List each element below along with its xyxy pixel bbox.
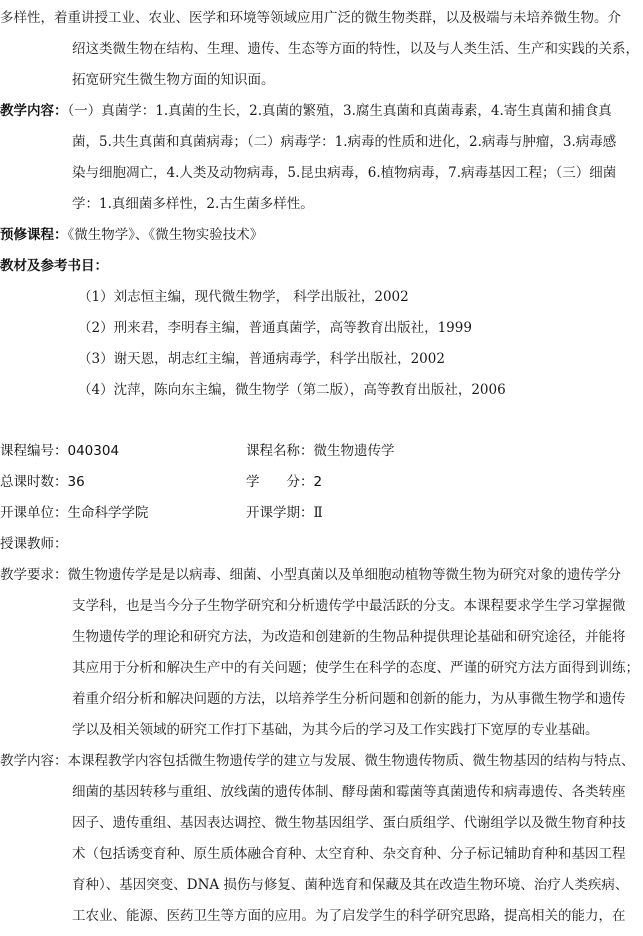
requirement-line-2: 支学科，也是当今分子生物学研究和分析遗传学中最活跃的分支。本课程要求学生学习掌握… xyxy=(72,596,626,616)
content-line-4: 学：1.真细菌多样性，2.古生菌多样性。 xyxy=(72,194,314,214)
intro-line-3: 拓宽研究生微生物方面的知识面。 xyxy=(72,70,275,90)
content-line-1: 教学内容：（一）真菌学：1.真菌的生长，2.真菌的繁殖，3.腐生真菌和真菌毒素，… xyxy=(0,101,612,121)
content-label: 教学内容： xyxy=(0,103,68,119)
content2-line-3: 因子、遗传重组、基因表达调控、微生物基因组学、蛋白质组学、代谢组学以及微生物育种… xyxy=(72,813,626,833)
total-hours: 总课时数：36 xyxy=(0,472,85,492)
course-code-label: 课程编号： xyxy=(0,443,68,459)
credit-value: 2 xyxy=(314,474,323,490)
intro-line-1: 多样性，着重讲授工业、农业、医学和环境等领域应用广泛的微生物类群，以及极端与未培… xyxy=(0,8,621,28)
department: 开课单位：生命科学学院 xyxy=(0,503,149,523)
credit-label: 学 分： xyxy=(246,474,314,490)
requirement-text: 微生物遗传学是是以病毒、细菌、小型真菌以及单细胞动植物等微生物为研究对象的遗传学… xyxy=(68,567,622,583)
requirement-line-3: 生物遗传学的理论和研究方法，为改造和创建新的生物品种提供理论基础和研究途径，并能… xyxy=(72,627,626,647)
term: 开课学期：Ⅱ xyxy=(246,503,323,523)
term-value: Ⅱ xyxy=(314,505,323,521)
teacher-label: 授课教师： xyxy=(0,534,68,554)
ref-item-2: （2）刑来君，李明春主编，普通真菌学，高等教育出版社，1999 xyxy=(78,318,472,338)
course-name-value: 微生物遗传学 xyxy=(314,443,395,459)
ref-item-1: （1）刘志恒主编，现代微生物学， 科学出版社，2002 xyxy=(78,287,409,307)
credit: 学 分：2 xyxy=(246,472,322,492)
hours-value: 36 xyxy=(68,474,85,490)
content-text: （一）真菌学：1.真菌的生长，2.真菌的繁殖，3.腐生真菌和真菌毒素，4.寄生真… xyxy=(68,103,612,119)
dept-label: 开课单位： xyxy=(0,505,68,521)
dept-value: 生命科学学院 xyxy=(68,505,149,521)
course-name: 课程名称：微生物遗传学 xyxy=(246,441,395,461)
ref-item-3: （3）谢天恩，胡志红主编，普通病毒学，科学出版社，2002 xyxy=(78,349,445,369)
content2-label: 教学内容： xyxy=(0,753,68,769)
refs-label: 教材及参考书目： xyxy=(0,256,108,276)
intro-line-2: 绍这类微生物在结构、生理、遗传、生态等方面的特性，以及与人类生活、生产和实践的关… xyxy=(72,39,639,59)
content2-line-1: 教学内容：本课程教学内容包括微生物遗传学的建立与发展、微生物遗传物质、微生物基因… xyxy=(0,751,635,771)
requirement-line-5: 着重介绍分析和解决问题的方法，以培养学生分析问题和创新的能力，为从事微生物学和遗… xyxy=(72,689,626,709)
content-line-3: 染与细胞凋亡，4.人类及动物病毒，5.昆虫病毒，6.植物病毒，7.病毒基因工程；… xyxy=(72,163,616,183)
content2-line-2: 细菌的基因转移与重组、放线菌的遗传体制、酵母菌和霉菌等真菌遗传和病毒遗传、各类转… xyxy=(72,782,626,802)
requirement-line-6: 学以及相关领域的研究工作打下基础，为其今后的学习及工作实践打下宽厚的专业基础。 xyxy=(72,720,599,740)
course-name-label: 课程名称： xyxy=(246,443,314,459)
content2-line-6: 工农业、能源、医药卫生等方面的应用。为了启发学生的科学研究思路，提高相关的能力，… xyxy=(72,906,626,926)
course-code-value: 040304 xyxy=(68,443,120,459)
prereq-value: 《微生物学》、《微生物实验技术》 xyxy=(68,227,264,243)
requirement-label: 教学要求： xyxy=(0,567,68,583)
hours-label: 总课时数： xyxy=(0,474,68,490)
ref-item-4: （4）沈萍，陈向东主编，微生物学（第二版），高等教育出版社，2006 xyxy=(78,380,506,400)
term-label: 开课学期： xyxy=(246,505,314,521)
content2-line-5: 育种）、基因突变、DNA 损伤与修复、菌种选育和保藏及其在改造生物环境、治疗人类… xyxy=(72,875,628,895)
prereq-label: 预修课程： xyxy=(0,227,68,243)
content-line-2: 菌，5.共生真菌和真菌病毒；（二）病毒学：1.病毒的性质和进化，2.病毒与肿瘤，… xyxy=(72,132,616,152)
prereq-line: 预修课程：《微生物学》、《微生物实验技术》 xyxy=(0,225,263,245)
course-code: 课程编号：040304 xyxy=(0,441,119,461)
content2-line-4: 术（包括诱变育种、原生质体融合育种、太空育种、杂交育种、分子标记辅助育种和基因工… xyxy=(72,844,626,864)
requirement-line-4: 其应用于分析和解决生产中的有关问题；使学生在科学的态度、严谨的研究方法方面得到训… xyxy=(72,658,639,678)
requirement-line-1: 教学要求：微生物遗传学是是以病毒、细菌、小型真菌以及单细胞动植物等微生物为研究对… xyxy=(0,565,621,585)
content2-text: 本课程教学内容包括微生物遗传学的建立与发展、微生物遗传物质、微生物基因的结构与特… xyxy=(68,753,635,769)
